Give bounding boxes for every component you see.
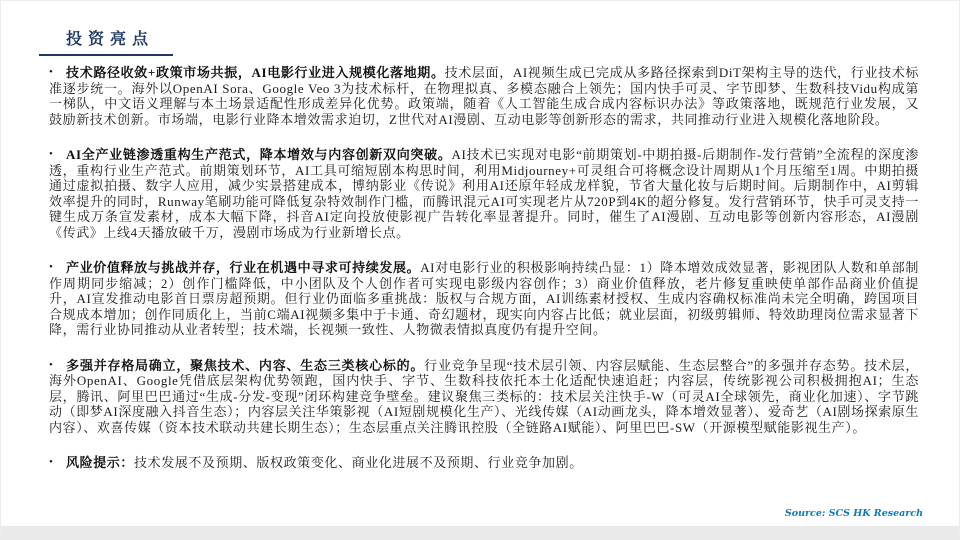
bullet-marker: •: [49, 260, 66, 276]
bullet-marker: •: [49, 147, 66, 163]
bullet-list: •技术路径收敛+政策市场共振，AI电影行业进入规模化落地期。技术层面，AI视频生…: [49, 65, 919, 471]
bullet-body: 技术发展不及预期、版权政策变化、商业化进展不及预期、行业竞争加剧。: [134, 455, 583, 470]
bullet-item: •AI全产业链渗透重构生产范式，降本增效与内容创新双向突破。AI技术已实现对电影…: [49, 147, 919, 240]
bullet-lead: 产业价值释放与挑战并存，行业在机遇中寻求可持续发展。: [66, 260, 420, 275]
bullet-item: •风险提示：技术发展不及预期、版权政策变化、商业化进展不及预期、行业竞争加剧。: [49, 455, 919, 471]
bullet-marker: •: [49, 65, 66, 81]
bullet-item: •技术路径收敛+政策市场共振，AI电影行业进入规模化落地期。技术层面，AI视频生…: [49, 65, 919, 127]
bullet-marker: •: [49, 455, 66, 471]
report-page: 投资亮点 •技术路径收敛+政策市场共振，AI电影行业进入规模化落地期。技术层面，…: [0, 0, 960, 540]
bullet-lead: 多强并存格局确立，聚焦技术、内容、生态三类核心标的。: [66, 358, 424, 373]
source-credit: Source: SCS HK Research: [785, 508, 923, 519]
page-bottom-margin: [1, 526, 959, 539]
bullet-lead: AI全产业链渗透重构生产范式，降本增效与内容创新双向突破。: [66, 147, 452, 162]
page-title: 投资亮点: [66, 31, 959, 49]
bullet-lead: 技术路径收敛+政策市场共振，AI电影行业进入规模化落地期。: [66, 65, 445, 80]
bullet-item: •产业价值释放与挑战并存，行业在机遇中寻求可持续发展。AI对电影行业的积极影响持…: [49, 260, 919, 338]
title-underline: [39, 54, 173, 56]
bullet-item: •多强并存格局确立，聚焦技术、内容、生态三类核心标的。行业竞争呈现“技术层引领、…: [49, 358, 919, 436]
section-header: 投资亮点: [66, 31, 959, 49]
bullet-lead: 风险提示：: [66, 455, 134, 470]
bullet-marker: •: [49, 358, 66, 374]
